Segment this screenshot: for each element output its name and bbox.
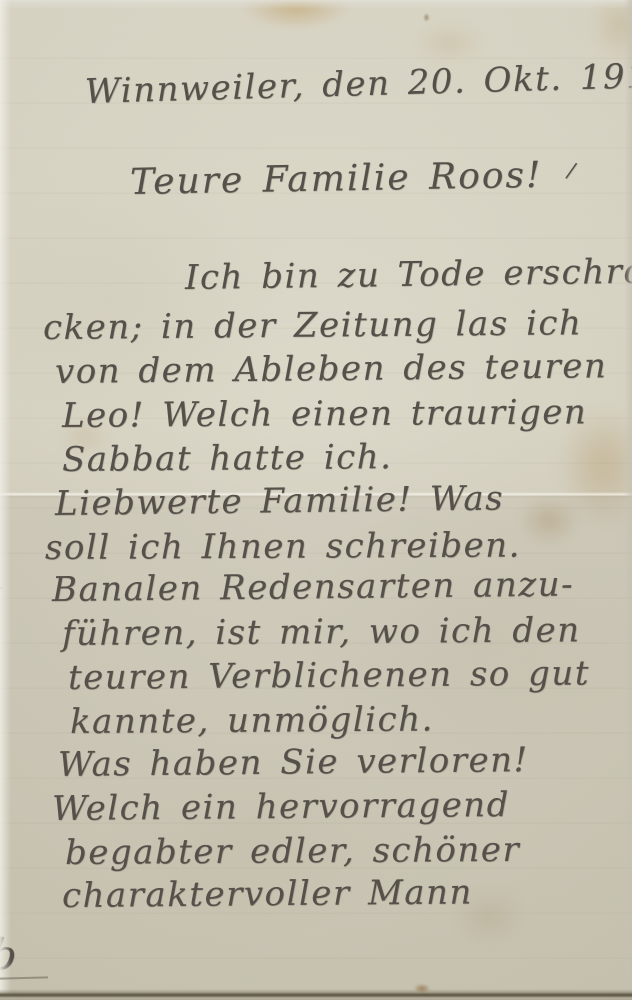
salutation: Teure Familie Roos! (130, 155, 543, 203)
scan-edge-right (624, 0, 632, 1000)
letter-line: Sabbat hatte ich. (62, 437, 393, 480)
letter-line: cken; in der Zeitung las ich (43, 303, 583, 348)
letter-line: kannte, unmöglich. (70, 699, 434, 742)
letter-line: Leo! Welch einen traurigen (62, 392, 588, 436)
scan-edge-left (0, 0, 11, 1000)
letter-line: teuren Verblichenen so gut (68, 653, 590, 698)
letter-line: Ich bin zu Tode erschro- (185, 251, 632, 298)
letter-line: von dem Ableben des teuren (55, 346, 608, 392)
letter-line: charaktervoller Mann (62, 872, 473, 916)
scan-edge-bottom (0, 989, 632, 1000)
letter-line: Liebwerte Familie! Was (55, 479, 505, 524)
letter-scan: Winnweiler, den 20. Okt. 1917. Teure Fam… (0, 0, 632, 1000)
letter-line: Was haben Sie verloren! (58, 740, 529, 785)
letter-line: begabter edler, schöner (65, 830, 520, 873)
scan-edge-top (0, 0, 632, 9)
letter-line: Banalen Redensarten anzu- (52, 565, 574, 610)
letter-line: führen, ist mir, wo ich den (62, 610, 581, 654)
letter-line: Welch ein hervorragend (52, 785, 510, 829)
letter-line: soll ich Ihnen schreiben. (45, 526, 521, 568)
